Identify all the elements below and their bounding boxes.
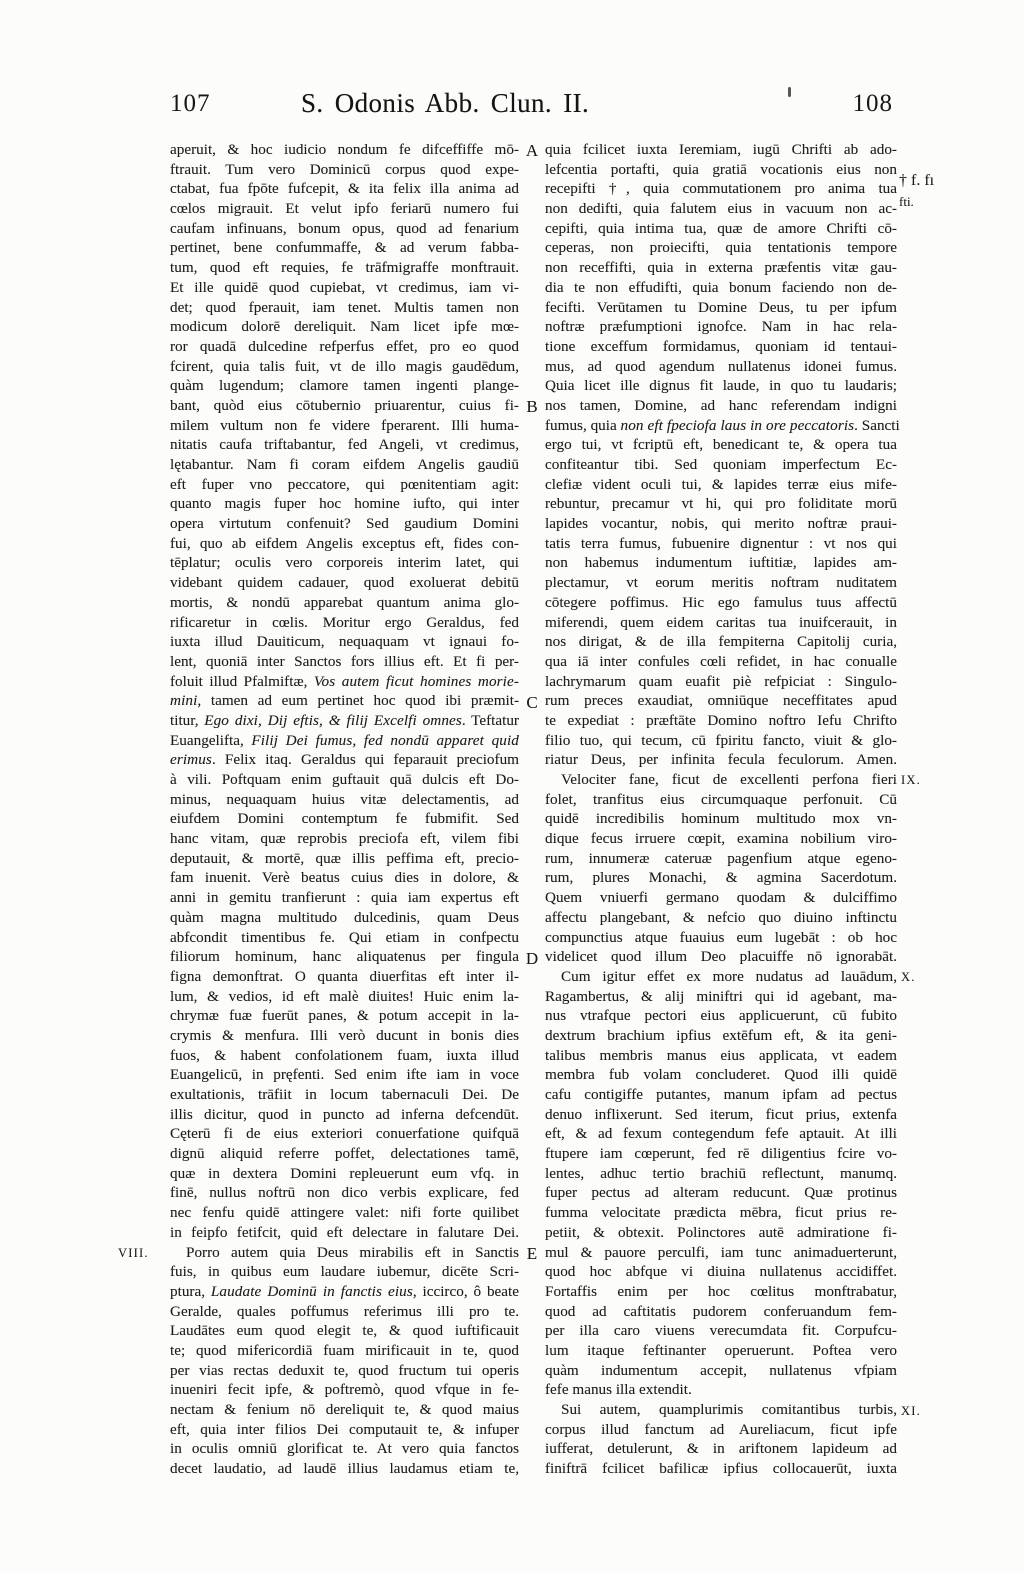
text-line: hanc vitam, quæ reprobis preciofa eft, v… bbox=[170, 829, 519, 849]
text-line: fumus, quia non eft fpeciofa laus in ore… bbox=[545, 416, 897, 436]
text-line: ergo tui, vt fcriptū eft, benedicant te,… bbox=[545, 435, 897, 455]
text-line: caufam infinuans, bonum opus, quod ad fe… bbox=[170, 219, 519, 239]
text-line: fuis, in quibus eum laudare iubemur, dic… bbox=[170, 1262, 519, 1282]
text-line: rebuntur, precamur vt hi, qui pro folidi… bbox=[545, 494, 897, 514]
text-line: Euangelicū, in pręfenti. Sed enim ifte i… bbox=[170, 1065, 519, 1085]
text-line: Geralde, quales poffumus referimus illi … bbox=[170, 1302, 519, 1322]
text-line: qua iā inter confules cœli refidet, in h… bbox=[545, 652, 897, 672]
text-line: rificaretur in cœlis. Moritur ergo Geral… bbox=[170, 613, 519, 633]
text-line: tum, quod eft requies, fe trāfmigraffe m… bbox=[170, 258, 519, 278]
text-line: nus vtrafque pectori eius applicuerunt, … bbox=[545, 1006, 897, 1026]
text-line: recepifti †, quia commutationem pro anim… bbox=[545, 179, 897, 199]
text-line: lefcentia portafti, quia gratiā vocation… bbox=[545, 160, 897, 180]
text-line: quia fcilicet iuxta Ieremiam, iugū Chrif… bbox=[545, 140, 897, 160]
text-line: ftrauit. Tum vero Dominicū corpus quod e… bbox=[170, 160, 519, 180]
text-line: milem vultum non fe videre fperarent. Il… bbox=[170, 416, 519, 436]
text-line: quàm lugendum; clamore tamen ingenti pla… bbox=[170, 376, 519, 396]
section-number-x: X. bbox=[901, 970, 916, 985]
text-line: fuper pectus ad alteram reducunt. Quæ pr… bbox=[545, 1183, 897, 1203]
text-line: riatur Deus, per infinita fecula feculor… bbox=[545, 750, 897, 770]
text-line: quàm indumentum accepit, nullatenus vfpi… bbox=[545, 1361, 897, 1381]
text-line: Velociter fane, ficut de excellenti perf… bbox=[545, 770, 897, 790]
text-line: Euangelifta, Filij Dei fumus, fed nondū … bbox=[170, 731, 519, 751]
text-line: det; quod fperauit, iam tenet. Multis ta… bbox=[170, 298, 519, 318]
text-line: lętabantur. Nam fi coram eifdem Angelis … bbox=[170, 455, 519, 475]
text-line: dique fecus irruere cœpit, examina nobil… bbox=[545, 829, 897, 849]
text-line: aperuit, & hoc iudicio nondum fe difceff… bbox=[170, 140, 519, 160]
text-line: cœlos migrauit. Et velut ipfo feriarū nu… bbox=[170, 199, 519, 219]
text-line: iufferat, detulerunt, & in ariftonem lap… bbox=[545, 1439, 897, 1459]
text-line: fui, quo ab eifdem Angelis exceptus eft,… bbox=[170, 534, 519, 554]
text-line: tēplatur; oculis vero corporeis interim … bbox=[170, 553, 519, 573]
folio-number-left: 107 bbox=[170, 90, 211, 118]
text-line: deputauit, & mortē, quæ illis peffima ef… bbox=[170, 849, 519, 869]
text-line: eft, quia inter filios Dei computauit te… bbox=[170, 1420, 519, 1440]
text-line: Quem vniuerfi germano quodam & dulciffim… bbox=[545, 888, 897, 908]
text-line: dignū aliquid referre poffet, delectatio… bbox=[170, 1144, 519, 1164]
text-line: eft fuper vno peccatore, qui pœnitentiam… bbox=[170, 475, 519, 495]
column-right: quia fcilicet iuxta Ieremiam, iugū Chrif… bbox=[545, 140, 897, 1479]
gutter-letter-D: D bbox=[523, 949, 541, 969]
text-line: fuos, & habent confolationem fuam, iuxta… bbox=[170, 1046, 519, 1066]
text-line: minus, nequaquam huius vitæ delectamenti… bbox=[170, 790, 519, 810]
text-line: à vili. Poftquam enim guftauit quā dulci… bbox=[170, 770, 519, 790]
text-line: filiorum hominum, hanc aliquatenus per f… bbox=[170, 947, 519, 967]
text-line: Quia licet ille dignus fit laude, in quo… bbox=[545, 376, 897, 396]
text-line: chrymæ fuæ fuerūt panes, & potum accepit… bbox=[170, 1006, 519, 1026]
text-line: Cęterū fi de eius exteriori conuerfation… bbox=[170, 1124, 519, 1144]
text-line: talibus membris manus eius applicata, vt… bbox=[545, 1046, 897, 1066]
text-line: decet laudatio, ad laudē illius laudamus… bbox=[170, 1459, 519, 1479]
text-line: crymis & menfura. Illi verò ducunt in bo… bbox=[170, 1026, 519, 1046]
text-line: ceperas, non proiecifti, quia tentationi… bbox=[545, 238, 897, 258]
text-line: rum preces exaudiat, omniūque neceffitat… bbox=[545, 691, 897, 711]
text-line: modicum dolorē dereliquit. Nam licet ipf… bbox=[170, 317, 519, 337]
text-line: inueniri fecit ipfe, & poftremò, quod vf… bbox=[170, 1380, 519, 1400]
text-line: Et ille quidē quod cupiebat, vt credimus… bbox=[170, 278, 519, 298]
text-line: exultationis, trāfiit in locum tabernacu… bbox=[170, 1085, 519, 1105]
gutter-letter-C: C bbox=[523, 693, 541, 713]
text-line: tione exceffum formidamus, quoniam id te… bbox=[545, 337, 897, 357]
text-line: lum, & vedios, id eft malè diuites! Huic… bbox=[170, 987, 519, 1007]
text-line: Ragambertus, & alij miniftri qui id ageb… bbox=[545, 987, 897, 1007]
text-line: quod hoc abfque vi diuina nullatenus acc… bbox=[545, 1262, 897, 1282]
text-line: mortis, & nondū apparebat quantum anima … bbox=[170, 593, 519, 613]
text-line: ctabat, fua fpōte fufcepit, & ita felix … bbox=[170, 179, 519, 199]
text-line: dextrum brachium ipfius extēfum eft, & i… bbox=[545, 1026, 897, 1046]
section-number-viii: VIII. bbox=[118, 1246, 149, 1261]
text-line: te expediat : præftāte Domino noftro Ief… bbox=[545, 711, 897, 731]
text-line: compunctius atque fuauius eum lugebāt : … bbox=[545, 928, 897, 948]
text-line: abfcondit timentibus fe. Qui etiam in co… bbox=[170, 928, 519, 948]
text-line: iuxta illud Dauiticum, nequaquam vt igna… bbox=[170, 632, 519, 652]
text-line: mus, ad quod agendum nullatenus idonei f… bbox=[545, 357, 897, 377]
text-line: illis dicitur, quod in puncto ad inferna… bbox=[170, 1105, 519, 1125]
text-line: nos dirigat, & de illa fempiterna Capito… bbox=[545, 632, 897, 652]
text-line: cepifti, quia intima tua, quæ de amore C… bbox=[545, 219, 897, 239]
text-line: foluit illud Pfalmiftæ, Vos autem ficut … bbox=[170, 672, 519, 692]
text-line: erimus. Felix itaq. Geraldus qui feparau… bbox=[170, 750, 519, 770]
text-line: Laudātes eum quod elegit te, & quod iuft… bbox=[170, 1321, 519, 1341]
text-line: ror quadā dulcedine refperfus effet, pro… bbox=[170, 337, 519, 357]
text-line: filio tuo, qui tecum, cū fpiritu fancto,… bbox=[545, 731, 897, 751]
text-line: per vias rectas deduxit te, quod fructum… bbox=[170, 1361, 519, 1381]
text-line: lum itaque feftinanter operuerunt. Pofte… bbox=[545, 1341, 897, 1361]
text-line: nitatis caufa triftabantur, fed Angeli, … bbox=[170, 435, 519, 455]
text-line: nec fenfu quidē attingere valet: nifi fo… bbox=[170, 1203, 519, 1223]
section-number-ix: IX. bbox=[901, 773, 921, 788]
text-line: fecifti. Verūtamen tu Domine Deus, tu pe… bbox=[545, 298, 897, 318]
text-line: lapides vocantur, nobis, qui merito noft… bbox=[545, 514, 897, 534]
column-left: aperuit, & hoc iudicio nondum fe difceff… bbox=[170, 140, 519, 1479]
text-line: nectam & fenium nō dereliquit te, & quod… bbox=[170, 1400, 519, 1420]
text-line: videbant quidem cadauer, quod exoluerat … bbox=[170, 573, 519, 593]
section-number-xi: XI. bbox=[901, 1404, 921, 1419]
text-line: Porro autem quia Deus mirabilis eft in S… bbox=[170, 1243, 519, 1263]
text-line: ptura, Laudate Dominū in fanctis eius, i… bbox=[170, 1282, 519, 1302]
text-line: corpus illud fanctum ad Aureliacum, ficu… bbox=[545, 1420, 897, 1440]
text-line: cafu contigiffe putantes, manum ipfam ad… bbox=[545, 1085, 897, 1105]
text-line: non dedifti, quia falutem eius in vacuum… bbox=[545, 199, 897, 219]
text-line: petiit, & obtexit. Polinctores autē admi… bbox=[545, 1223, 897, 1243]
text-line: nos tamen, Domine, ad hanc referendam in… bbox=[545, 396, 897, 416]
text-line: quod ad caftitatis pudorem conferuandum … bbox=[545, 1302, 897, 1322]
text-line: rum, plures Monachi, & agmina Sacerdotum… bbox=[545, 868, 897, 888]
page: 107 S. Odonis Abb. Clun. II. 108 aperuit… bbox=[0, 0, 1024, 1572]
text-line: Sui autem, quamplurimis comitantibus tur… bbox=[545, 1400, 897, 1420]
text-line: lent, quoniā inter Sanctos fors illius e… bbox=[170, 652, 519, 672]
ink-speck bbox=[788, 87, 791, 97]
text-line: denuo inflixerunt. Sed iterum, ficut pri… bbox=[545, 1105, 897, 1125]
text-line: quàm magna multitudo dulcedinis, quam De… bbox=[170, 908, 519, 928]
text-line: opera virtutum confenuit? Sed gaudium Do… bbox=[170, 514, 519, 534]
text-line: pertinet, bene confummaffe, & ad verum f… bbox=[170, 238, 519, 258]
text-line: dia te non effudifti, quia bonum faciend… bbox=[545, 278, 897, 298]
text-line: clefiæ vident oculi tui, & lapides terræ… bbox=[545, 475, 897, 495]
text-line: anni in gemitu tranfierunt : quia iam ex… bbox=[170, 888, 519, 908]
text-line: fefe manus illa extendit. bbox=[545, 1380, 897, 1400]
text-line: in feipfo fetifcit, quid eft delectare i… bbox=[170, 1223, 519, 1243]
page-title: S. Odonis Abb. Clun. II. bbox=[301, 88, 589, 119]
text-line: in oculis omniū glorificat te. At vero q… bbox=[170, 1439, 519, 1459]
footnote-line: fti. bbox=[899, 191, 934, 212]
text-line: fam inuenit. Verè beatus cuius dies in d… bbox=[170, 868, 519, 888]
text-line: eft, & ad fexum contegendum fefe aptauit… bbox=[545, 1124, 897, 1144]
text-line: plectamur, vt eorum meritis noftram nudi… bbox=[545, 573, 897, 593]
text-line: affectu plangebant, & nefcio quo diuino … bbox=[545, 908, 897, 928]
text-line: titur, Ego dixi, Dij eftis, & filij Exce… bbox=[170, 711, 519, 731]
text-line: lachrymarum quam euafit piè refpiciat : … bbox=[545, 672, 897, 692]
text-line: bant, quòd eius cōtubernio priuarentur, … bbox=[170, 396, 519, 416]
text-line: te; quod mifericordiā fuam mirificauit i… bbox=[170, 1341, 519, 1361]
text-line: confiteantur tibi. Sed quoniam imperfect… bbox=[545, 455, 897, 475]
gutter-letter-A: A bbox=[523, 141, 541, 161]
text-line: ftupere iam cœperunt, fed rē diligentius… bbox=[545, 1144, 897, 1164]
text-line: quidē incredibilis hominum multitudo mox… bbox=[545, 809, 897, 829]
text-line: non receffifti, quia in externa præfenti… bbox=[545, 258, 897, 278]
folio-number-right: 108 bbox=[843, 90, 893, 118]
text-line: fcirent, quia talis fuit, vt de illo mag… bbox=[170, 357, 519, 377]
margin-footnote: † f. fıfti. bbox=[899, 170, 934, 212]
text-line: mini, tamen ad eum pertinet hoc quod ibi… bbox=[170, 691, 519, 711]
text-line: quanto magis fuper hoc homine iufto, qui… bbox=[170, 494, 519, 514]
footnote-line: † f. fı bbox=[899, 170, 934, 191]
text-line: miferendi, quem eidem caritas tua inuifc… bbox=[545, 613, 897, 633]
gutter-letter-B: B bbox=[523, 397, 541, 417]
text-line: rum, innumeræ cateruæ pagenfium atque eg… bbox=[545, 849, 897, 869]
text-line: finē, nullus noftrū non dico verbis expl… bbox=[170, 1183, 519, 1203]
text-line: figna demonftrat. O quanta diuerfitas ef… bbox=[170, 967, 519, 987]
text-line: lentes, adhuc tertio brachiū reflectunt,… bbox=[545, 1164, 897, 1184]
text-line: folet, tranfitus eius circumquaque perfo… bbox=[545, 790, 897, 810]
text-line: quæ in dextera Domini repleuerunt eum vf… bbox=[170, 1164, 519, 1184]
text-line: mul & pauore perculfi, iam tunc animadue… bbox=[545, 1243, 897, 1263]
text-line: per illa caro viuens verecumdata fit. Co… bbox=[545, 1321, 897, 1341]
text-line: fumma velocitate prædicta mēbra, ficut p… bbox=[545, 1203, 897, 1223]
text-line: noftræ præfumptioni ignofce. Nam in hac … bbox=[545, 317, 897, 337]
text-line: Cum igitur effet ex more nudatus ad lauā… bbox=[545, 967, 897, 987]
text-line: membra fub volam concluderet. Quod illi … bbox=[545, 1065, 897, 1085]
text-line: finiftrā fcilicet bafilicæ ipfius colloc… bbox=[545, 1459, 897, 1479]
text-line: videlicet quod illum Deo placuiffe nō ig… bbox=[545, 947, 897, 967]
text-line: cōtegere poffimus. Hic ego famulus tuus … bbox=[545, 593, 897, 613]
text-line: eiufdem Domini contemptum fe fubmifit. S… bbox=[170, 809, 519, 829]
text-line: non habemus indumentum iuftitiæ, lapides… bbox=[545, 553, 897, 573]
text-line: Fortaffis enim per hoc cœlitus monftraba… bbox=[545, 1282, 897, 1302]
gutter-letter-E: E bbox=[523, 1244, 541, 1264]
text-line: tatis terra fumus, fubuenire dignentur :… bbox=[545, 534, 897, 554]
